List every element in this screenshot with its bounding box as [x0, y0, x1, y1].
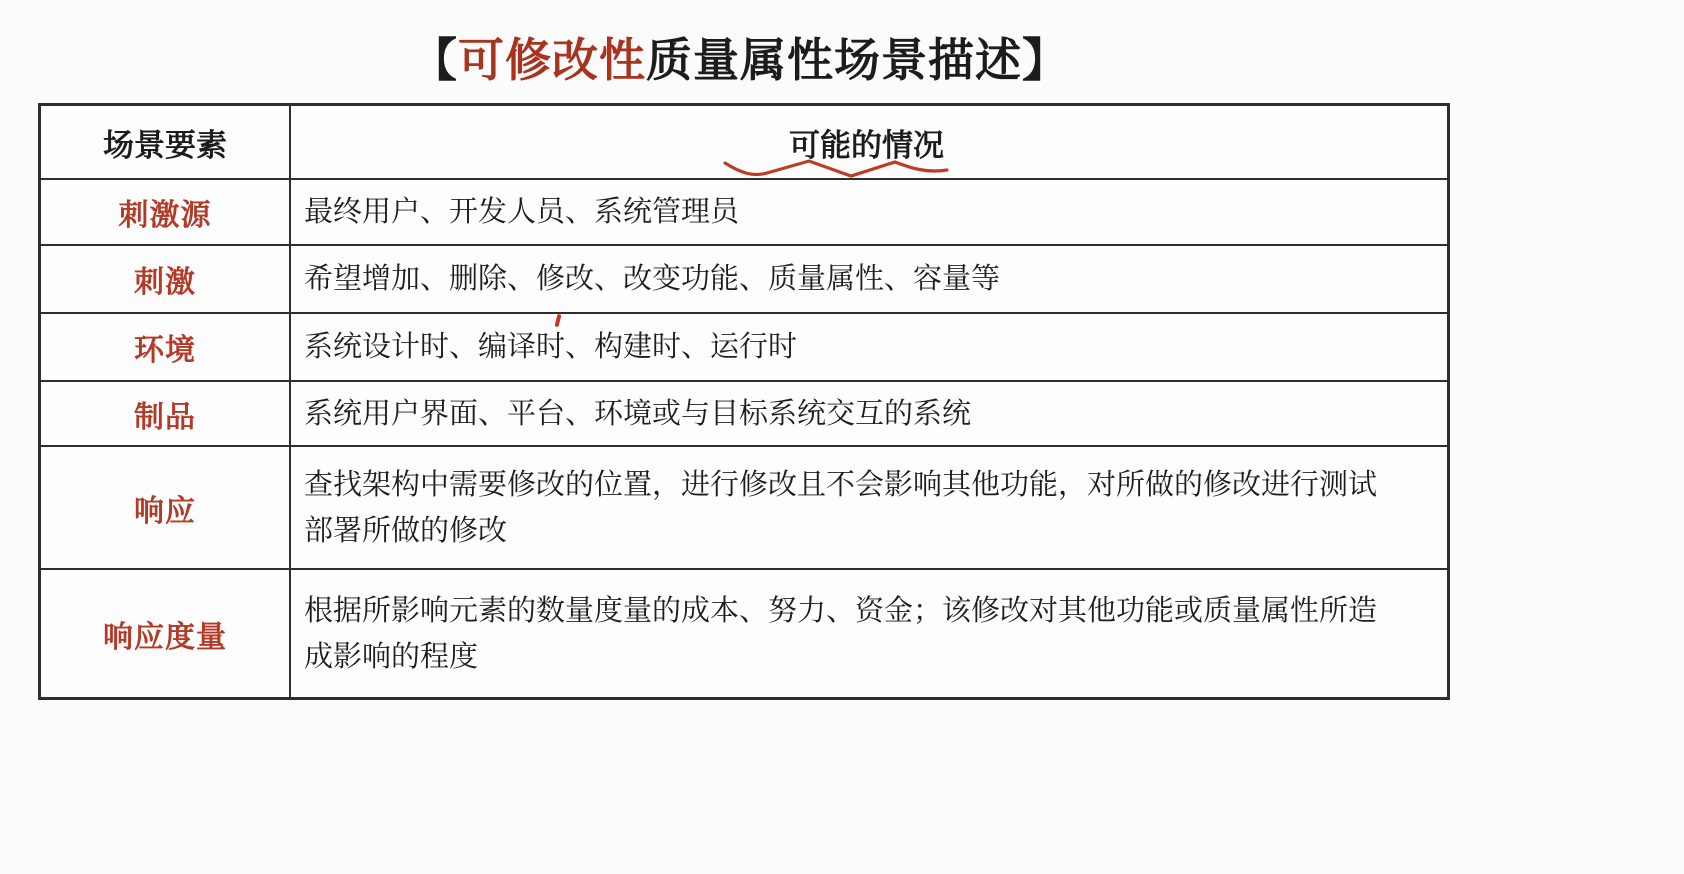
row-value-line: 根据所影响元素的数量度量的成本、努力、资金；该修改对其他功能或质量属性所造	[304, 588, 1429, 634]
row-label: 环境	[134, 325, 196, 369]
row-value-cell: 希望增加、删除、修改、改变功能、质量属性、容量等	[291, 246, 1447, 312]
row-value-cell: 最终用户、开发人员、系统管理员	[291, 180, 1447, 244]
row-label-cell: 环境	[41, 314, 291, 380]
row-value-line: 部署所做的修改	[304, 508, 1429, 554]
table-row: 响应 查找架构中需要修改的位置，进行修改且不会影响其他功能，对所做的修改进行测试…	[41, 447, 1447, 570]
scenario-table: 场景要素 可能的情况 刺激源 最终用户、开发人员、系统管理员 刺激	[38, 103, 1450, 700]
title-bracket-open: 【	[411, 34, 458, 86]
title-rest: 质量属性场景描述】	[646, 34, 1069, 86]
row-value-cell: 根据所影响元素的数量度量的成本、努力、资金；该修改对其他功能或质量属性所造 成影…	[291, 570, 1447, 697]
row-label-cell: 响应度量	[41, 570, 291, 697]
table-row: 刺激 希望增加、删除、修改、改变功能、质量属性、容量等	[41, 246, 1447, 314]
row-value-line: 查找架构中需要修改的位置，进行修改且不会影响其他功能，对所做的修改进行测试	[304, 462, 1429, 508]
row-value-line: 系统用户界面、平台、环境或与目标系统交互的系统	[304, 391, 1429, 437]
header-cell-scenario-element: 场景要素	[41, 106, 291, 178]
row-value-line: 最终用户、开发人员、系统管理员	[304, 189, 1429, 235]
table-row: 制品 系统用户界面、平台、环境或与目标系统交互的系统	[41, 382, 1447, 447]
row-label: 刺激	[134, 257, 196, 301]
row-label: 制品	[134, 392, 196, 436]
row-label: 响应	[134, 486, 196, 530]
row-value-cell: 系统设计时、编译时、构建时、运行时	[291, 314, 1447, 380]
header-cell-possible-situations: 可能的情况	[291, 106, 1447, 178]
header-label: 场景要素	[103, 120, 227, 165]
table-header-row: 场景要素 可能的情况	[41, 106, 1447, 180]
table-row: 刺激源 最终用户、开发人员、系统管理员	[41, 180, 1447, 246]
row-label: 响应度量	[103, 612, 227, 656]
row-label-cell: 刺激	[41, 246, 291, 312]
row-value-line: 成影响的程度	[304, 634, 1429, 680]
row-value-line: 系统设计时、编译时、构建时、运行时	[304, 324, 1429, 370]
row-label-cell: 响应	[41, 447, 291, 568]
slide: 【可修改性质量属性场景描述】 场景要素 可能的情况 刺激源 最终用户、开发人员、	[0, 0, 1684, 874]
table-row: 环境 系统设计时、编译时、构建时、运行时	[41, 314, 1447, 382]
title-highlight: 可修改性	[458, 34, 646, 86]
row-value-line: 希望增加、删除、修改、改变功能、质量属性、容量等	[304, 256, 1429, 302]
page-title: 【可修改性质量属性场景描述】	[0, 24, 1480, 90]
row-value-cell: 查找架构中需要修改的位置，进行修改且不会影响其他功能，对所做的修改进行测试 部署…	[291, 447, 1447, 568]
row-label-cell: 刺激源	[41, 180, 291, 244]
table-row: 响应度量 根据所影响元素的数量度量的成本、努力、资金；该修改对其他功能或质量属性…	[41, 570, 1447, 697]
header-label: 可能的情况	[789, 128, 944, 163]
row-label-cell: 制品	[41, 382, 291, 445]
row-value-cell: 系统用户界面、平台、环境或与目标系统交互的系统	[291, 382, 1447, 445]
row-label: 刺激源	[119, 190, 212, 234]
